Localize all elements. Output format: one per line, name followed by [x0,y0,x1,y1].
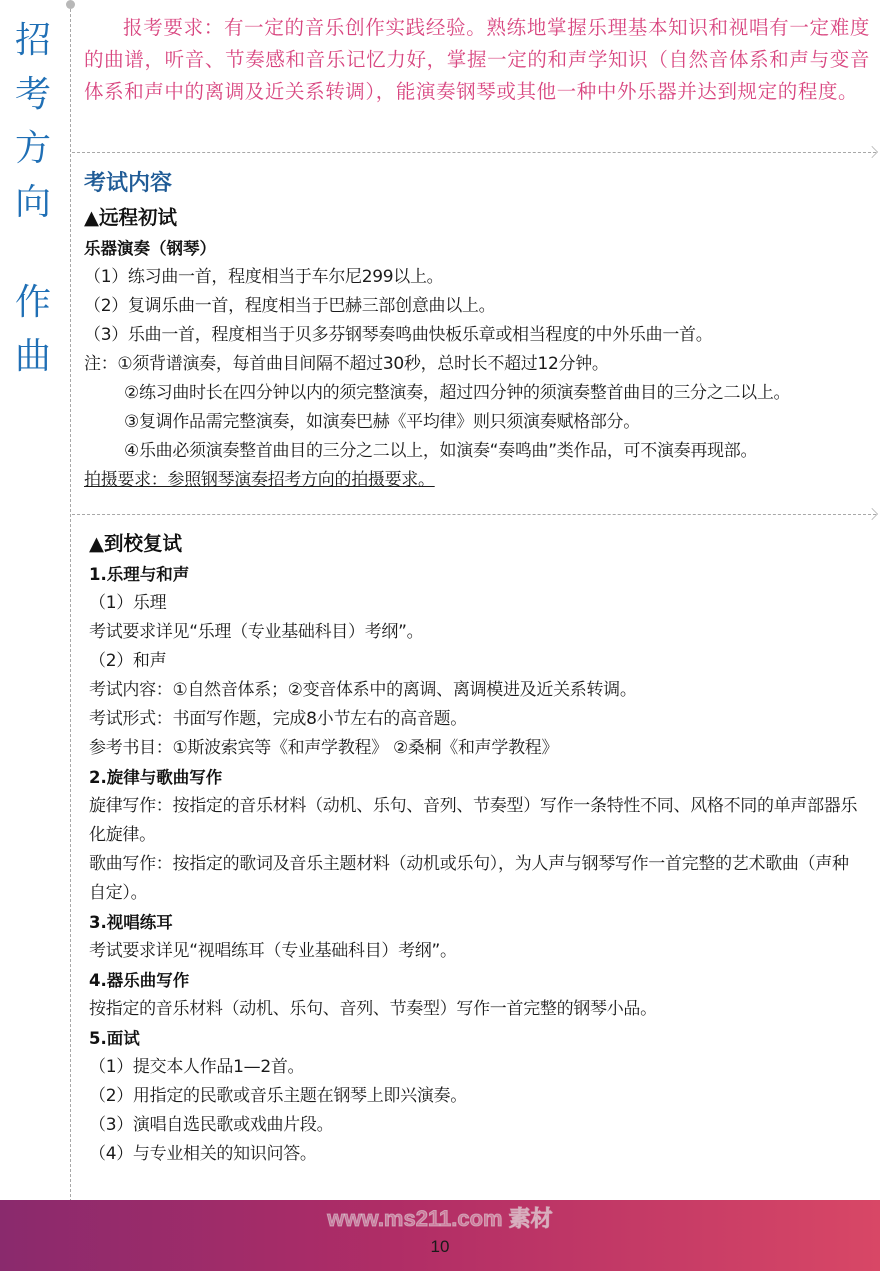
interview-item: （4）与专业相关的知识问答。 [89,1140,880,1169]
subject-line: 考试要求详见“乐理（专业基础科目）考纲”。 [89,618,880,647]
requirement-item: （2）复调乐曲一首，程度相当于巴赫三部创意曲以上。 [84,292,880,321]
admission-requirements: 报考要求：有一定的音乐创作实践经验。熟练地掌握乐理基本知识和视唱有一定难度的曲谱… [84,12,870,108]
interview-item: （2）用指定的民歌或音乐主题在钢琴上即兴演奏。 [89,1082,880,1111]
subject-heading: 3.视唱练耳 [89,908,880,937]
subject-line: 按指定的音乐材料（动机、乐句、音列、节奏型）写作一首完整的钢琴小品。 [89,995,880,1024]
horizontal-dashed-divider [72,152,876,153]
requirements-text: 报考要求：有一定的音乐创作实践经验。熟练地掌握乐理基本知识和视唱有一定难度的曲谱… [84,12,870,108]
arrow-right-icon [866,146,878,158]
side-category-title: 招 考 方 向 作 曲 [10,14,56,384]
page-number: 10 [0,1237,880,1257]
interview-item: （3）演唱自选民歌或戏曲片段。 [89,1111,880,1140]
subject-line: 考试内容：①自然音体系；②变音体系中的离调、离调模进及近关系转调。 [89,676,880,705]
watermark: www.ms211.com 素材 [0,1202,880,1233]
requirement-item: （3）乐曲一首，程度相当于贝多芬钢琴奏鸣曲快板乐章或相当程度的中外乐曲一首。 [84,321,880,350]
horizontal-dashed-divider [72,514,876,515]
subject-line: 歌曲写作：按指定的歌词及音乐主题材料（动机或乐句），为人声与钢琴写作一首完整的艺… [89,850,859,908]
section-title: 考试内容 [84,166,880,202]
subject-line: 考试形式：书面写作题，完成8小节左右的高音题。 [89,705,880,734]
remote-round-heading: ▲远程初试 [84,202,880,234]
filming-requirement: 拍摄要求：参照钢琴演奏招考方向的拍摄要求。 [84,470,435,490]
side-title-char: 作 [15,276,51,330]
subject-heading: 5.面试 [89,1024,880,1053]
onsite-round-heading: ▲到校复试 [89,528,880,560]
side-title-char: 向 [15,176,51,230]
interview-item: （1）提交本人作品1—2首。 [89,1053,880,1082]
page-footer: www.ms211.com 素材 10 [0,1200,880,1271]
note-item: ②练习曲时长在四分钟以内的须完整演奏，超过四分钟的须演奏整首曲目的三分之二以上。 [84,379,880,408]
side-title-char: 方 [15,122,51,176]
subject-heading: 1.乐理与和声 [89,560,880,589]
subject-heading: 2.旋律与歌曲写作 [89,763,880,792]
vertical-dashed-divider [70,4,71,1202]
note-item: ④乐曲必须演奏整首曲目的三分之二以上，如演奏“奏鸣曲”类作品，可不演奏再现部。 [84,437,880,466]
subject-line: 参考书目：①斯波索宾等《和声学教程》 ②桑桐《和声学教程》 [89,734,880,763]
onsite-retest-section: ▲到校复试 1.乐理与和声 （1）乐理 考试要求详见“乐理（专业基础科目）考纲”… [89,528,880,1169]
side-title-char: 曲 [15,330,51,384]
requirement-item: （1）练习曲一首，程度相当于车尔尼299以上。 [84,263,880,292]
subject-line: （2）和声 [89,647,880,676]
note-item: 注：①须背谱演奏，每首曲目间隔不超过30秒，总时长不超过12分钟。 [84,350,880,379]
timeline-dot-top [66,0,75,9]
exam-content-section: 考试内容 ▲远程初试 乐器演奏（钢琴） （1）练习曲一首，程度相当于车尔尼299… [84,166,880,495]
subject-line: 考试要求详见“视唱练耳（专业基础科目）考纲”。 [89,937,880,966]
subject-line: 旋律写作：按指定的音乐材料（动机、乐句、音列、节奏型）写作一条特性不同、风格不同… [89,792,859,850]
arrow-right-icon [866,508,878,520]
instrument-subheading: 乐器演奏（钢琴） [84,234,880,263]
subject-heading: 4.器乐曲写作 [89,966,880,995]
note-item: ③复调作品需完整演奏，如演奏巴赫《平均律》则只须演奏赋格部分。 [84,408,880,437]
subject-line: （1）乐理 [89,589,880,618]
side-title-char: 考 [15,68,51,122]
side-title-char: 招 [15,14,51,68]
